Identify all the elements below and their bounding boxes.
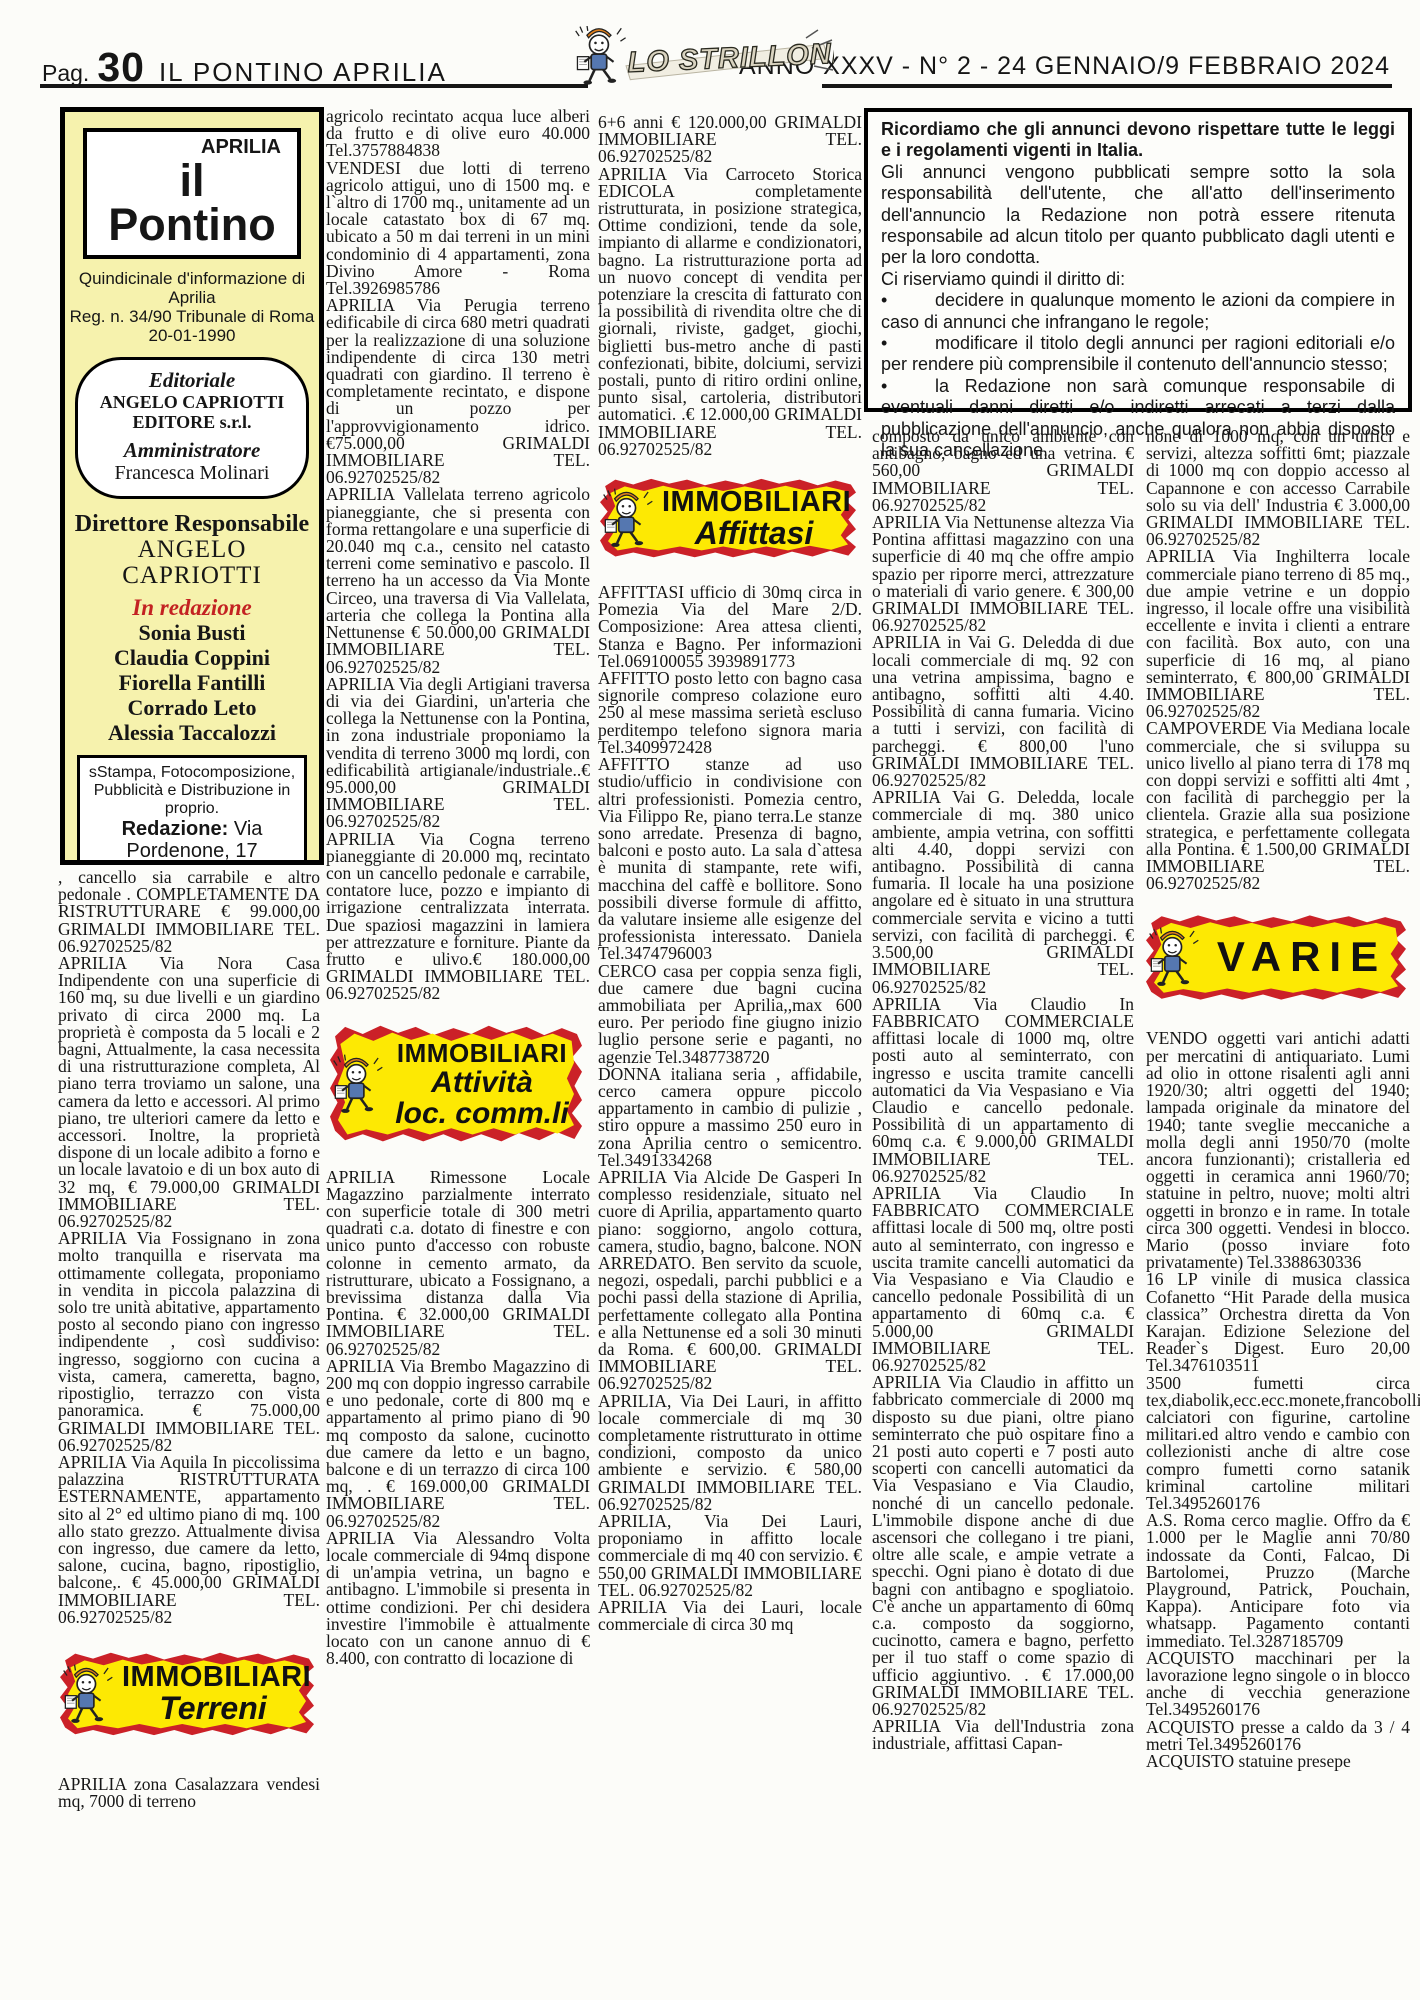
amministratore-name: Francesca Molinari [82, 462, 302, 484]
classified-ad: 3500 fumetti circa tex,diabolik,ecc.ecc.… [1146, 1375, 1410, 1513]
header-rule-left [40, 84, 588, 88]
classified-ad: APRILIA Via Claudio in affitto un fabbri… [872, 1374, 1134, 1718]
notice-paragraph: Gli annunci vengono pubblicati sempre so… [881, 162, 1395, 269]
page-label: Pag. [42, 60, 89, 87]
ad-column-1: , cancello sia carrabile e altro pedonal… [58, 869, 320, 1810]
classified-ad: 16 LP vinile di musica classica Cofanett… [1146, 1271, 1410, 1374]
strillone-logo-text: LO STRILLONE [627, 37, 834, 79]
classified-ad: APRILIA Vai G. Deledda, locale commercia… [872, 789, 1134, 995]
classified-ad: APRILIA Via Alessandro Volta locale comm… [326, 1530, 590, 1668]
bullet-icon: • [881, 333, 891, 354]
redazione-member: Claudia Coppini [65, 645, 319, 670]
publisher-box: Editoriale ANGELO CAPRIOTTI EDITORE s.r.… [75, 357, 309, 499]
section-badge-immobiliari-affittasi: IMMOBILIARI Affittasi [600, 478, 856, 558]
newsboy-icon [1148, 926, 1200, 988]
classified-ad: none di 1000 mq, con un uffici e servizi… [1146, 428, 1410, 548]
redazione-member: Alessia Taccalozzi [65, 720, 319, 745]
classified-ad: APRILIA zona Casalazzara vendesi mq, 700… [58, 1776, 320, 1810]
classified-ad: VENDO oggetti vari antichi adatti per me… [1146, 1030, 1410, 1271]
notice-lead: Ricordiamo che gli annunci devono rispet… [881, 119, 1395, 162]
notice-bullet: •modificare il titolo degli annunci per … [881, 333, 1395, 376]
redazione-member: Corrado Leto [65, 695, 319, 720]
masthead-registration: Reg. n. 34/90 Tribunale di Roma [65, 307, 319, 326]
classified-ad: APRILIA Via Claudio In FABBRICATO COMMER… [872, 996, 1134, 1185]
classified-ad: DONNA italiana seria , affidabile, cerco… [598, 1066, 862, 1169]
classified-ad: APRILIA Via Aquila In piccolissima palaz… [58, 1454, 320, 1626]
classified-ad: ACQUISTO statuine presepe [1146, 1753, 1410, 1770]
classified-ad: AFFITTO stanze ad uso studio/ufficio in … [598, 756, 862, 962]
classified-ad: A.S. Roma cerco maglie. Offro da € 1.000… [1146, 1512, 1410, 1650]
section-badge-immobiliari-attivita: IMMOBILIARI Attività loc. comm.li [330, 1025, 582, 1143]
notice-paragraph: Ci riserviamo quindi il diritto di: [881, 269, 1395, 290]
classified-ad: 6+6 anni € 120.000,00 GRIMALDI IMMOBILIA… [598, 114, 862, 166]
rules-notice-box: Ricordiamo che gli annunci devono rispet… [864, 108, 1412, 412]
editoriale-name: ANGELO CAPRIOTTI EDITORE s.r.l. [82, 392, 302, 432]
newsboy-icon [602, 487, 654, 549]
classified-ad: ACQUISTO presse a caldo da 3 / 4 metri T… [1146, 1719, 1410, 1753]
section-badge-varie: VARIE [1146, 914, 1406, 1000]
ad-column-4: composto da unico ambiente con antibagno… [872, 428, 1134, 1753]
classified-ad: APRILIA Via Brembo Magazzino di 200 mq c… [326, 1358, 590, 1530]
bullet-icon: • [881, 376, 891, 397]
masthead-reg-date: 20-01-1990 [65, 326, 319, 345]
direttore-label: Direttore Responsabile [65, 511, 319, 537]
classified-ad: APRILIA Rimessone Locale Magazzino parzi… [326, 1169, 590, 1358]
ad-column-3: 6+6 anni € 120.000,00 GRIMALDI IMMOBILIA… [598, 114, 862, 1633]
classified-ad: agricolo recintato acqua luce alberi da … [326, 108, 590, 160]
classified-ad: ACQUISTO macchinari per la lavorazione l… [1146, 1650, 1410, 1719]
redazione-label: In redazione [65, 595, 319, 620]
contact-box: sStampa, Fotocomposizione, Pubblicità e … [77, 755, 307, 865]
classified-ad: APRILIA Via Nora Casa Indipendente con u… [58, 955, 320, 1230]
classified-ad: , cancello sia carrabile e altro pedonal… [58, 869, 320, 955]
notice-bullet: •decidere in qualunque momento le azioni… [881, 290, 1395, 333]
masthead-subtitle: Quindicinale d'informazione di Aprilia [65, 269, 319, 307]
classified-ad: CERCO casa per coppia senza figli, due c… [598, 963, 862, 1066]
classified-ad: APRILIA Via Cogna terreno pianeggiante d… [326, 831, 590, 1003]
classified-ad: APRILIA Via degli Artigiani traversa di … [326, 676, 590, 831]
masthead-title-box: APRILIA il Pontino [83, 128, 301, 259]
bullet-icon: • [881, 290, 891, 311]
classified-ad: CAMPOVERDE Via Mediana locale commercial… [1146, 720, 1410, 892]
classified-ad: APRILIA Via Carroceto Storica EDICOLA co… [598, 166, 862, 458]
header-rule-right [822, 84, 1392, 88]
classified-ad: composto da unico ambiente con antibagno… [872, 428, 1134, 514]
stampa-line: sStampa, Fotocomposizione, Pubblicità e … [84, 764, 300, 818]
redazione-member: Sonia Busti [65, 620, 319, 645]
classified-ad: APRILIA, Via Dei Lauri, in affitto local… [598, 1393, 862, 1513]
address-line: 00071 Pomezia RM [84, 862, 300, 865]
direttore-name: ANGELO CAPRIOTTI [65, 537, 319, 589]
editoriale-label: Editoriale [82, 368, 302, 392]
classified-ad: APRILIA Via Claudio In FABBRICATO COMMER… [872, 1185, 1134, 1374]
classified-ad: APRILIA in Vai G. Deledda di due locali … [872, 634, 1134, 789]
amministratore-label: Amministratore [82, 438, 302, 462]
classified-ad: APRILIA Via Nettunense altezza Via Ponti… [872, 514, 1134, 634]
ad-column-2: agricolo recintato acqua luce alberi da … [326, 108, 590, 1667]
classified-ad: APRILIA Via Perugia terreno edificabile … [326, 297, 590, 486]
classified-ad: APRILIA Via Alcide De Gasperi In comples… [598, 1169, 862, 1393]
classified-ad: APRILIA Via Fossignano in zona molto tra… [58, 1230, 320, 1454]
issue-info: ANNO XXXV - N° 2 - 24 GENNAIO/9 FEBBRAIO… [739, 52, 1390, 81]
strillone-logo: LO STRILLONE [566, 26, 834, 93]
newsboy-icon [332, 1053, 384, 1115]
classified-ad: APRILIA Via dell'Industria zona industri… [872, 1718, 1134, 1752]
classified-ad: VENDESI due lotti di terreno agricolo at… [326, 160, 590, 298]
masthead-title: il Pontino [95, 159, 289, 247]
classified-ad: AFFITTASI ufficio di 30mq circa in Pomez… [598, 584, 862, 670]
classified-ad: AFFITTO posto letto con bagno casa signo… [598, 670, 862, 756]
redazione-member: Fiorella Fantilli [65, 670, 319, 695]
classified-ad: APRILIA Vallelata terreno agricolo piane… [326, 486, 590, 675]
classified-ad: APRILIA Via dei Lauri, locale commercial… [598, 1599, 862, 1633]
section-badge-immobiliari-terreni: IMMOBILIARI Terreni [60, 1652, 314, 1736]
masthead-box: APRILIA il Pontino Quindicinale d'inform… [60, 107, 324, 865]
newsboy-icon [62, 1663, 114, 1725]
classified-ad: APRILIA Via Inghilterra locale commercia… [1146, 548, 1410, 720]
ad-column-5: none di 1000 mq, con un uffici e servizi… [1146, 428, 1410, 1770]
classified-ad: APRILIA, Via Dei Lauri, proponiamo in af… [598, 1513, 862, 1599]
redazione-address: Redazione: Via Pordenone, 17 [84, 818, 300, 862]
